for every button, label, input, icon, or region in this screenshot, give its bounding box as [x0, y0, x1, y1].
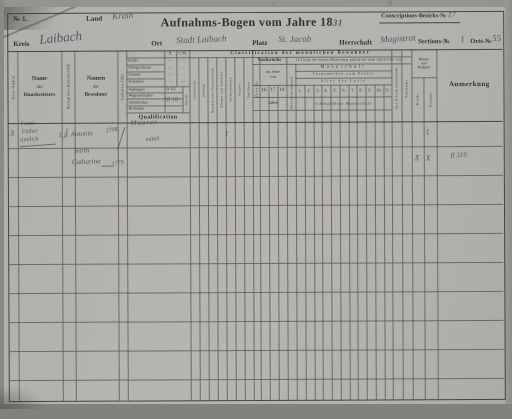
building-top-row-label: Obergeschosse [128, 65, 163, 69]
classification-column-label: Bauern [237, 83, 241, 96]
entry-row3-mark-a: X [415, 154, 420, 162]
classification-column-label: Beamte und Honoratioren [210, 67, 214, 113]
conscription-label: Conscriptions-Bezirks-№ [381, 13, 446, 19]
building-top-row-dash: — [176, 71, 189, 78]
entry-row1-class-mark: 1 [225, 130, 229, 138]
entry-row1-qualification2: mittel [145, 136, 159, 143]
conscription-district: Conscriptions-Bezirks-№ 17 [379, 11, 460, 24]
column-foreigners-label: Ausländer [404, 80, 408, 98]
classification-column: Bürger und Künstler [216, 57, 225, 122]
nachwuchs-year-cell: 17 [268, 85, 277, 97]
land-label: Land [86, 16, 102, 23]
kreis-value: Laibach [39, 29, 83, 46]
entry-owner-line1: Franz [20, 121, 35, 128]
herrschaft-label: Herrschaft [339, 39, 372, 46]
classification-column: Geistliche [189, 57, 198, 122]
column-birth-year-label: Geburts-Jahr [119, 73, 124, 100]
conscription-value: 17 [448, 10, 456, 19]
musterung-class-cell: 2. [304, 85, 313, 97]
form-title-printed: Aufnahms-Bogen vom Jahre 18 [161, 15, 333, 30]
column-remark: Anmerkung [436, 49, 502, 121]
scanned-document: ɾ 9 № 1. Land Krain Aufnahms-Bogen vom J… [0, 0, 512, 419]
ort-label: Ort [151, 40, 162, 47]
building-top-row-dash: — [164, 57, 176, 64]
blinde-subcolumn-1: Blinde [411, 77, 423, 121]
building-top-row-dash: — [164, 71, 176, 78]
musterung-class-cell: 9. [365, 84, 374, 96]
musterung-class-cell: 6. [339, 85, 348, 97]
building-value-2: 18 10 [164, 97, 179, 104]
nachwuchs-unit: Jahre [260, 97, 287, 110]
inhabitants-line3: Bewohner [85, 92, 108, 98]
building-mid-row-label: Schüttböden [129, 100, 164, 104]
form-title: Aufnahms-Bogen vom Jahre 1831 [149, 16, 354, 29]
classification-column-label: Taglöhner [246, 81, 250, 99]
platz-label: Platz [252, 40, 267, 47]
column-post-number: Post-Numer [7, 51, 17, 123]
building-top-row-dash: — [176, 57, 189, 64]
kreis-label: Kreis [13, 41, 29, 48]
classification-column-label: Gewerbsleute [228, 78, 232, 102]
musterung-class-cell: 4. [321, 85, 330, 97]
blinde-group-title: Blinde und Krüppel [411, 49, 436, 77]
building-top-row-dash: — [164, 64, 176, 71]
land-value: Krain [112, 11, 134, 22]
entry-row3-mark-b: X [426, 154, 431, 162]
owner-line3: Hausbesitzers [24, 93, 56, 99]
inhabitants-line2: der [93, 85, 99, 90]
musterung-class-cell: 5. [330, 85, 339, 97]
entry-row1-qualification: Maurer [130, 119, 157, 127]
musterung-side-column: Revisions-Befund [286, 64, 295, 122]
classification-column: Gewerbsleute [225, 57, 234, 122]
owner-line1: Name [32, 76, 47, 82]
sections-label: Sections-№ [418, 39, 449, 46]
nachwuchs-year-cell: 16 [259, 85, 268, 97]
musterung-side-label: Revisions-Befund [289, 77, 293, 109]
column-zuwachs-label: Zuwachs [254, 81, 258, 97]
sheet-number: № 1. [13, 16, 27, 23]
musterung-class-cell: 8. [356, 85, 365, 97]
entry-owner-line3: similich [20, 136, 39, 143]
nachwuchs-year-cell: 18 [277, 85, 286, 97]
column-foreigners: Ausländer [401, 56, 411, 121]
column-birth-year: Geburts-Jahr [117, 51, 126, 123]
classification-column: Adelige [198, 57, 207, 122]
entry-religion-mark: ∫ [66, 128, 69, 137]
musterung-bottom: schlagfähige Mannschaft [296, 96, 392, 109]
nachwuchs-sub-line2: von [270, 74, 276, 78]
form-title-year-handwritten: 31 [333, 18, 343, 28]
blinde-sub1-label: Blinde [415, 93, 419, 105]
building-top-row-dash: — [164, 78, 176, 85]
classification-column: Beamte und Honoratioren [207, 57, 216, 122]
entry-owner-line2: Füther [22, 129, 39, 136]
owner-line2: des [36, 85, 42, 90]
platz-value: St. Jacob [278, 35, 311, 44]
orts-label: Orts-№ [470, 39, 491, 46]
entry-row3-remark: fl 310 [451, 152, 468, 160]
building-mid-row-label: Stallungen [128, 87, 163, 91]
musterung-class-cell: 11. [383, 84, 391, 96]
nachwuchs-subtitle: Im Jahre von [259, 64, 286, 85]
blinde-sub2-label: Krüppel [428, 92, 432, 107]
orts-value: 55 [492, 34, 501, 43]
blinde-title-line3: Krüppel [418, 65, 430, 69]
entry-row1-name: Antonia [70, 130, 93, 138]
classification-column-label: Bürger und Künstler [219, 71, 223, 108]
building-top-row-label: Zimmer [128, 72, 163, 76]
entry-row1-prefix: 1.) [59, 133, 66, 140]
entry-row2-name: Wirth [74, 147, 90, 155]
building-top-row-dash: — [176, 64, 189, 71]
building-top-row-label: Kammern [128, 79, 163, 83]
building-mid-row-label: Wagenschupfen [128, 94, 163, 98]
column-inhabitants: Namen der Bewohner [74, 51, 117, 123]
column-house-owner: Name des Hausbesitzers [17, 51, 61, 123]
classification-column-label: Adelige [201, 83, 205, 97]
building-mid-row-label: Heuböden [129, 107, 164, 111]
building-werth-label: Werth [184, 94, 188, 105]
building-top-row-dash: — [176, 78, 189, 85]
building-top-row-label: Keller [128, 58, 163, 62]
column-absent: Auf Urlaub Abwesende [391, 56, 401, 121]
blinde-subcolumn-2: Krüppel [423, 77, 436, 121]
column-religion: Religions-Bekenntniß [61, 51, 74, 123]
classification-column: Bauern [234, 57, 243, 122]
entry-post-number: 3 [10, 129, 15, 138]
sections-value: 1 [460, 35, 465, 44]
entry-row1-sum-mark: 1 [426, 128, 430, 136]
column-religion-label: Religions-Bekenntniß [65, 64, 70, 109]
column-absent-label: Auf Urlaub Abwesende [394, 68, 398, 110]
musterung-class-cell: 10. [374, 84, 383, 96]
inhabitants-line1: Namen [87, 75, 105, 81]
musterung-class-cell: 1. [295, 85, 304, 97]
column-post-number-label: Post-Numer [10, 75, 15, 99]
classification-column: Taglöhner [243, 57, 252, 122]
building-value-1: 6 kl. [166, 86, 176, 92]
entry-row3-name: Catharina [72, 158, 101, 166]
classification-column-label: Geistliche [192, 81, 196, 99]
